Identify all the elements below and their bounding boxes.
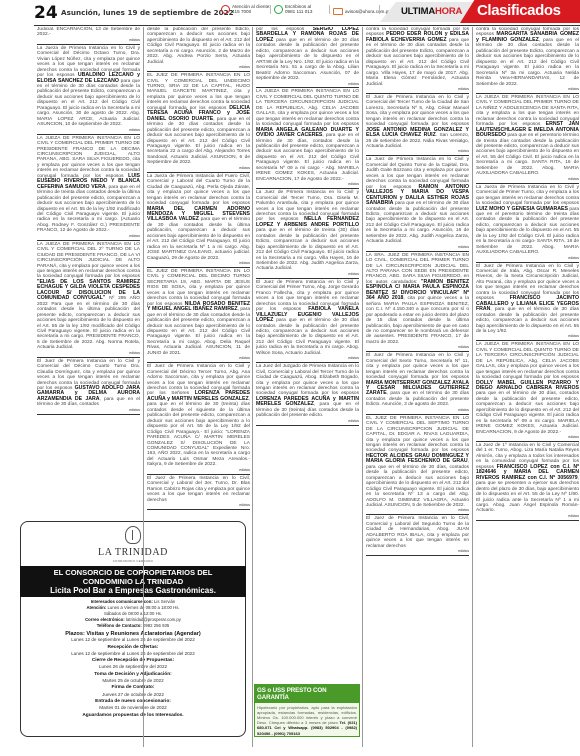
page-header: 24 Asunción, lunes 19 de septiembre de 2…: [0, 0, 580, 24]
legal-notice: LA JUEZA DE PRIMERA INSTANCIA EN LO CIVI…: [37, 242, 140, 358]
notice-text: para que en el perentorio término de tre…: [476, 133, 579, 176]
legal-notice: contra la sociedad conyugal formada por …: [366, 27, 469, 94]
notice-text: EL JUEZ DE PRIMERA INSTANCIA EN LO CIVIL…: [366, 416, 469, 454]
notice-end-mark: edictos: [147, 166, 250, 173]
notice-text: El Juez de Primera Instancia en lo Civil…: [147, 476, 250, 503]
legal-notice: LA JUEZA DE PRIMERA INSTANCIA EN LO CIVI…: [37, 136, 140, 241]
legal-notice: EL JUEZ DE PRIMERA INSTANCIA EN LO CIVIL…: [147, 269, 250, 363]
legal-notice: contra la sociedad conyugal formada por …: [476, 27, 579, 94]
column-divider: [472, 27, 473, 747]
notice-text: La Jueza de Primera Instancia en lo Civi…: [476, 185, 579, 206]
legal-notice: EL JUEZ DE PRIMERA INSTANCIA EN LO CIVIL…: [366, 416, 469, 516]
notice-end-mark: edictos: [256, 182, 359, 189]
notice-text: para que en el término de 30 días contad…: [256, 38, 359, 81]
schedule-item: Toma de Decisión y Adjudicación:: [21, 671, 245, 678]
notice-text: El Juez de Primera Instancia en lo Civil…: [366, 516, 469, 548]
notice-text: La Jueza de Primera Instancia del Fuero …: [147, 174, 250, 206]
notice-end-mark: edictos: [256, 82, 359, 89]
schedule-label: Firma de Contrato:: [112, 685, 155, 690]
section-title: Clasificados: [477, 2, 561, 19]
notice-end-mark: edictos: [147, 261, 250, 268]
legal-notice: El Juez de Primera Instancia en lo Civil…: [37, 359, 140, 415]
schedule-item: Firma de Contrato:: [21, 684, 245, 691]
legal-notice: LA JUEZA DE PRIMERA INSTANCIA EN LO CIVI…: [476, 342, 579, 442]
attention-label: Atención:: [86, 605, 106, 610]
notice-end-mark: edictos: [366, 508, 469, 515]
column-2: desde la publicación del presente Edicto…: [147, 27, 250, 517]
notice-text: , para que en el término de 30 días, con…: [256, 133, 359, 182]
column-divider: [143, 27, 144, 747]
notice-end-mark: edictos: [366, 345, 469, 352]
notice-text: para que en el término de 30 días contad…: [366, 38, 469, 87]
notice-text: para que en el perentorio término de tre…: [476, 207, 579, 256]
schedule-item: Entrada de nuevo concesionario:: [21, 698, 245, 705]
notice-end-mark: edictos: [476, 87, 579, 94]
ad-headline-line-1: EL CONSORCIO DE COPROPIETARIOS DEL: [20, 568, 246, 577]
legal-notice: por los esposos SERGIO LOPEZ SBARDELLA Y…: [256, 27, 359, 88]
notice-end-mark: edictos: [37, 38, 140, 45]
notice-end-mark: edictos: [147, 503, 250, 510]
notice-names: LUIZ MOHO Y GENESIA GUIMARAES: [476, 206, 568, 212]
notice-end-mark: edictos: [37, 234, 140, 241]
schedule-item: Cierre de Recepción de Propuestas:: [21, 657, 245, 664]
column-4: contra la sociedad conyugal formada por …: [366, 27, 469, 749]
notice-text: LA JUEZA DE PRIMERA INSTANCIA EN LO CIVI…: [476, 342, 579, 380]
notice-text: La Juez del Juzgado de Primera Instancia…: [256, 364, 359, 396]
contact-customer-service: Atención al cliente:415 7000: [221, 4, 271, 14]
whatsapp-icon: [274, 5, 283, 14]
notice-text: LA JUEZA DE PRIMERA INSTANCIA EN LO CIVI…: [37, 242, 140, 280]
notice-text: Nº 295 AÑO 2022 Para que en el término d…: [37, 296, 140, 350]
notice-text: , para que en el término de 30 días cont…: [476, 307, 579, 334]
legal-notice: El Juez de Primera Instancia en lo Civil…: [147, 476, 250, 510]
notice-end-mark: edictos: [256, 356, 359, 363]
ad-brand: LA TRINIDAD: [21, 547, 245, 558]
notice-end-mark: edictos: [147, 468, 250, 475]
notice-end-mark: edictos: [476, 435, 579, 442]
schedule-label: Recepción de Ofertas:: [108, 645, 159, 650]
ad-schedule: Plazos: Visitas y Reuniones Aclaratorias…: [21, 631, 245, 719]
ad-headline-line-2: CONDOMINIO LA TRINIDAD: [20, 577, 246, 586]
notice-text: El Juez de Primera Instancia en lo Civil…: [366, 95, 469, 127]
brand-hora: HORA: [435, 6, 462, 17]
loan-ad-body: Hipotecario por propietarios, apto para …: [255, 703, 359, 737]
legal-notice: La Jueza de Primera Instancia en lo Civi…: [37, 46, 140, 135]
notice-text: , para que en el término de 30 (treinta)…: [147, 397, 250, 467]
notice-names: HECTOR ALCIDES GRAU DOMINGUEZ Y MARIA GL…: [366, 453, 469, 464]
notice-end-mark: edictos: [147, 65, 250, 72]
notice-text: , para que en el término de 30 días cont…: [476, 38, 579, 87]
legal-notice: La Jueza de Primera Instancia en lo Civi…: [476, 185, 579, 263]
ad-closing: Aguardamos propuestas de los Interesados…: [82, 713, 183, 718]
schedule-label: Plazos: Visitas y Reuniones Aclaratorias…: [65, 631, 201, 637]
notice-end-mark: edictos: [37, 408, 140, 415]
notice-end-mark: edictos: [366, 245, 469, 252]
email-label: Correo electrónico:: [85, 617, 125, 622]
publication-date: Asunción, lunes 19 de septiembre de 2022: [61, 8, 234, 17]
divider: [329, 5, 330, 14]
notice-text: , para que en el término de treinta días…: [37, 185, 140, 234]
notice-end-mark: edictos: [476, 334, 579, 341]
phone-icon: [221, 5, 230, 14]
notice-text: para que en el término de 30 días contad…: [147, 217, 250, 260]
column-divider: [252, 27, 253, 747]
column-divider: [362, 27, 363, 747]
brand-logo: ULTIMAHORA: [401, 6, 462, 17]
ad-closing-line: Aguardamos propuestas de los Interesados…: [21, 712, 245, 719]
notice-text: , para que en el término de 30 días, con…: [366, 459, 469, 508]
notice-end-mark: edictos: [256, 419, 359, 426]
notice-text: Judicial. ENCARNACION, 13 de Setiembre d…: [37, 27, 140, 37]
notice-end-mark: edictos: [366, 87, 469, 94]
legal-notice: El Juez de Primera Instancia en lo Civil…: [147, 364, 250, 475]
notice-end-mark: edictos: [366, 149, 469, 156]
legal-notice: LA JUEZA DE PRIMERA INSTANCIA EN LO CIVI…: [476, 95, 579, 184]
schedule-item: Recepción de Ofertas:: [21, 644, 245, 651]
notice-text: para que en el término de treinta (30) d…: [256, 228, 359, 271]
legal-notice: La Juez de 1º Instancia en lo Civil y Co…: [476, 443, 579, 521]
notice-text: desde la publicación del presente Edicto…: [147, 27, 250, 65]
notice-end-mark: edictos: [476, 177, 579, 184]
ad-subtitle: CONDOMINIO CERRADO: [21, 559, 245, 563]
schedule-label: Entrada de nuevo concesionario:: [95, 699, 171, 704]
legal-notice: La Jueza de Primera Instancia del Fuero …: [147, 174, 250, 268]
legal-notice: La Juez de Primera Instancia en lo Civil…: [366, 157, 469, 251]
contact-whatsapp: Escribinos al0981 111 013: [274, 4, 312, 14]
contact-value: 0981 111 013: [285, 9, 312, 14]
notice-text: El Juez de Primera Instancia en lo Civil…: [366, 353, 469, 380]
notice-end-mark: edictos: [37, 128, 140, 135]
schedule-label: Toma de Decisión y Adjudicación:: [94, 672, 172, 677]
mail-icon: [333, 8, 343, 15]
notice-text: , para que en el término de 30 días cont…: [147, 117, 250, 166]
legal-notice: La Juez del Juzgado de Primera Instancia…: [256, 364, 359, 425]
notice-end-mark: edictos: [476, 256, 579, 263]
notice-text: , para que se presenten a ejercer sus de…: [476, 476, 579, 514]
ad-headline-line-3: Licita Pool Bar a Empresas Gastronómicas…: [20, 586, 246, 595]
page-number: 24: [34, 3, 58, 23]
column-5: contra la sociedad conyugal formada por …: [476, 27, 579, 749]
notice-end-mark: edictos: [37, 351, 140, 358]
notice-text: , cita por quince veces a la señora MARI…: [366, 296, 469, 345]
divider: [270, 5, 271, 14]
notice-text: LA JUEZA DE PRIMERA INSTANCIA EN LO CIVI…: [256, 89, 359, 127]
ad-phone: 0982 256 935: [143, 623, 169, 628]
notice-text: LA JUEZA DE PRIMERA INSTANCIA EN LO CIVI…: [37, 136, 140, 179]
notice-end-mark: edictos: [476, 514, 579, 521]
loan-ad: GS o USS PRESTO CON GARANTÍA Hipotecario…: [254, 684, 360, 737]
column-1: Judicial. ENCARNACION, 13 de Setiembre d…: [37, 27, 140, 517]
notice-text: para que en el término de 30 días contad…: [256, 318, 359, 356]
notice-end-mark: edictos: [147, 356, 250, 363]
notice-text: para que en el término de 30 días, conta…: [476, 391, 579, 434]
notice-names: DOLLY MABEL GUILLEN PIZARRO Y DIEGO ARNA…: [476, 380, 579, 391]
notice-text: para que en el término de 30 días contad…: [366, 201, 469, 244]
la-trinidad-ad: LA TRINIDAD CONDOMINIO CERRADO EL CONSOR…: [20, 521, 246, 737]
legal-notice: El Juez de Primera Instancia en lo Civil…: [366, 353, 469, 414]
legal-notice: El Juez de Primera Instancia en lo Civil…: [476, 264, 579, 342]
contact-name: Lis Servián: [154, 599, 175, 604]
contact-email: avisos@uhora.com.py: [333, 8, 391, 15]
brand-ultima: ULTIMA: [401, 6, 435, 17]
notice-text: para que en el término de 30 días contad…: [37, 79, 140, 128]
phone-label: Teléfono de Contacto:: [97, 623, 142, 628]
legal-notice: La Juez de Primera Instancia en lo Civil…: [256, 190, 359, 279]
schedule-label: Cierre de Recepción de Propuestas:: [92, 658, 174, 663]
divider: [379, 5, 380, 14]
loan-ad-title: GS o USS PRESTO CON GARANTÍA: [255, 685, 359, 703]
legal-notice: desde la publicación del presente Edicto…: [147, 27, 250, 72]
notice-end-mark: edictos: [366, 549, 469, 556]
ad-headline: EL CONSORCIO DE COPROPIETARIOS DEL CONDO…: [20, 566, 246, 597]
legal-notice: Judicial. ENCARNACION, 13 de Setiembre d…: [37, 27, 140, 45]
ad-email: latrinidad@prosperar.com.py: [126, 617, 181, 622]
contact-value: avisos@uhora.com.py: [345, 9, 391, 14]
trinidad-logo-icon: [125, 526, 141, 544]
ad-contact-info: Interesados comunicarse con: Lis Servián…: [21, 599, 245, 629]
notice-end-mark: edictos: [366, 408, 469, 415]
contact-value: 415 7000: [232, 9, 251, 14]
column-3: por los esposos SERGIO LOPEZ SBARDELLA Y…: [256, 27, 359, 679]
notice-text: , para que en el término de 30 días cont…: [147, 307, 250, 356]
top-rule: [34, 25, 580, 26]
legal-notice: LA SRA. JUEZ DE PRIMERA INSTANCIA EN LO …: [366, 253, 469, 353]
legal-notice: El Juez de Primera Instancia en lo Civil…: [256, 280, 359, 363]
legal-notice: LA JUEZA DE PRIMERA INSTANCIA EN LO CIVI…: [256, 89, 359, 189]
legal-notice: EL JUEZ DE PRIMERA INSTANCIA EN LO CIVIL…: [147, 73, 250, 173]
legal-notice: El Juez de Primera Instancia en lo Civil…: [366, 516, 469, 556]
legal-notice: El Juez de Primera Instancia en lo Civil…: [366, 95, 469, 156]
notice-end-mark: edictos: [256, 272, 359, 279]
